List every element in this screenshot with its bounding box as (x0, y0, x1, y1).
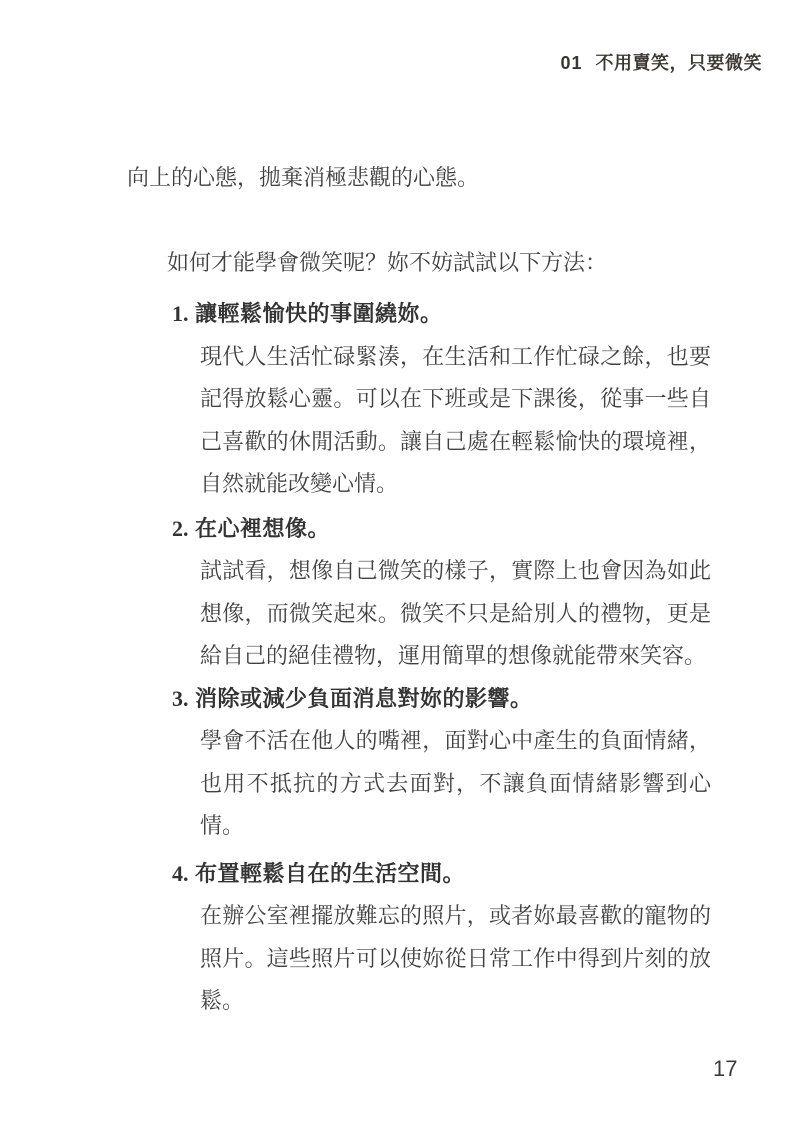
list-item-heading: 布置輕鬆自在的生活空間。 (195, 853, 711, 896)
list-item-number: 2. (172, 508, 189, 551)
numbered-list: 1. 讓輕鬆愉快的事圍繞妳。 現代人生活忙碌緊湊，在生活和工作忙碌之餘，也要記得… (127, 293, 711, 1023)
list-item: 2. 在心裡想像。 試試看，想像自己微笑的樣子，實際上也會因為如此想像，而微笑起… (127, 508, 711, 678)
list-item-number: 3. (172, 678, 189, 721)
chapter-number: 01 (560, 53, 582, 74)
list-item-number: 4. (172, 853, 189, 896)
page-content: 向上的心態，拋棄消極悲觀的心態。 如何才能學會微笑呢？妳不妨試試以下方法： 1.… (127, 157, 711, 1023)
list-item-heading: 讓輕鬆愉快的事圍繞妳。 (195, 293, 711, 336)
list-item-heading: 消除或減少負面消息對妳的影響。 (195, 678, 711, 721)
intro-paragraph: 向上的心態，拋棄消極悲觀的心態。 (127, 157, 711, 200)
chapter-title: 不用賣笑，只要微笑 (596, 49, 763, 75)
page-number: 17 (713, 1056, 737, 1082)
list-item-body: 試試看，想像自己微笑的樣子，實際上也會因為如此想像，而微笑起來。微笑不只是給別人… (200, 550, 711, 678)
list-item-body: 現代人生活忙碌緊湊，在生活和工作忙碌之餘，也要記得放鬆心靈。可以在下班或是下課後… (200, 336, 711, 506)
running-header: 01 不用賣笑，只要微笑 (560, 49, 762, 75)
list-item: 4. 布置輕鬆自在的生活空間。 在辦公室裡擺放難忘的照片，或者妳最喜歡的寵物的照… (127, 853, 711, 1023)
list-item: 1. 讓輕鬆愉快的事圍繞妳。 現代人生活忙碌緊湊，在生活和工作忙碌之餘，也要記得… (127, 293, 711, 506)
list-item: 3. 消除或減少負面消息對妳的影響。 學會不活在他人的嘴裡，面對心中產生的負面情… (127, 678, 711, 848)
list-item-body: 學會不活在他人的嘴裡，面對心中產生的負面情緒，也用不抵抗的方式去面對，不讓負面情… (200, 720, 711, 848)
lead-paragraph: 如何才能學會微笑呢？妳不妨試試以下方法： (127, 242, 711, 285)
list-item-body: 在辦公室裡擺放難忘的照片，或者妳最喜歡的寵物的照片。這些照片可以使妳從日常工作中… (200, 895, 711, 1023)
list-item-number: 1. (172, 293, 189, 336)
list-item-heading: 在心裡想像。 (195, 508, 711, 551)
